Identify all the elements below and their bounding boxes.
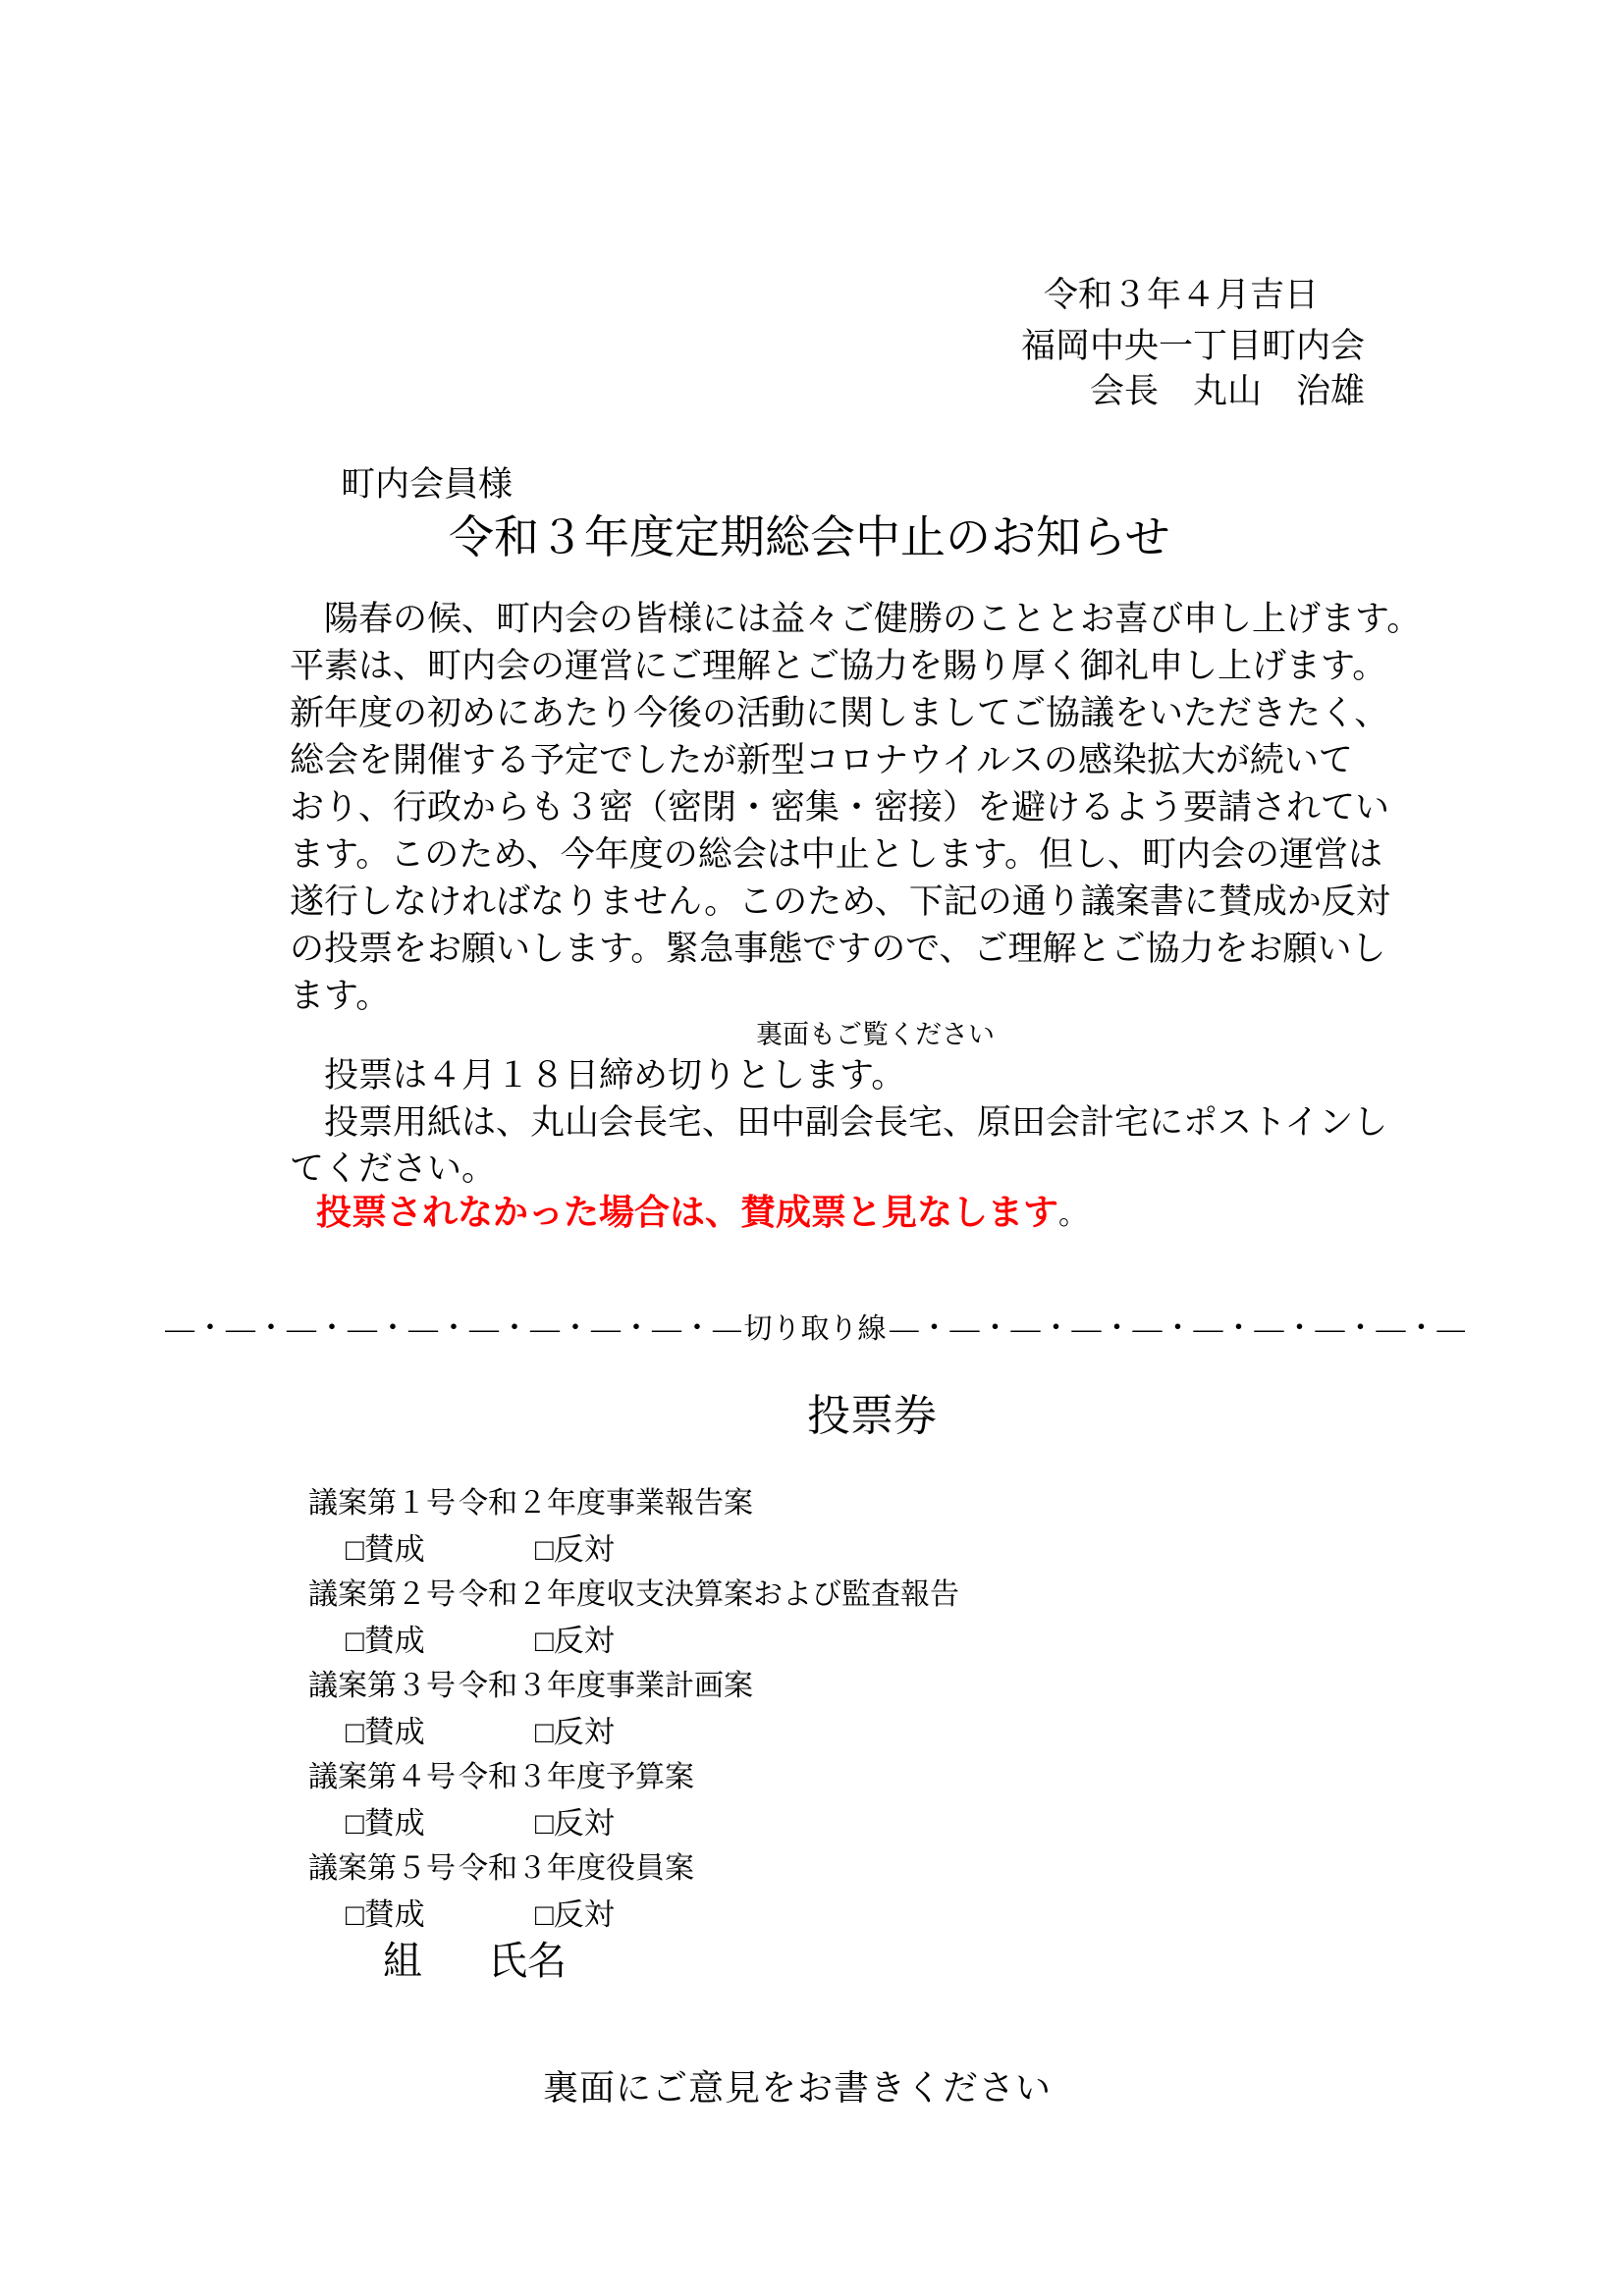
- header-date: 令和３年４月吉日: [1044, 275, 1319, 316]
- ballot-item-name: 令和３年度予算案: [459, 1760, 694, 1795]
- warning-line: 投票されなかった場合は、賛成票と見なします。: [316, 1192, 1088, 1234]
- checkbox-agree: □賛成: [346, 1714, 425, 1750]
- footer-note: 裏面にご意見をお書きください: [543, 2067, 1052, 2109]
- body-line: 新年度の初めにあたり今後の活動に関しましてご協議をいただきたく、: [290, 693, 1388, 734]
- header-chairman: 会長 丸山 治雄: [1090, 371, 1365, 412]
- ballot-item-number: 議案第３号: [308, 1669, 456, 1704]
- see-back-note: 裏面もご覧ください: [756, 1019, 995, 1050]
- checkbox-agree: □賛成: [346, 1896, 425, 1933]
- warning-period: 。: [1058, 1199, 1088, 1231]
- body-line: 陽春の候、町内会の皆様には益々ご健勝のこととお喜び申し上げます。: [290, 599, 1421, 640]
- ballot-item-number: 議案第２号: [308, 1577, 456, 1613]
- ballot-title: 投票券: [807, 1391, 937, 1443]
- ballot-item-number: 議案第４号: [308, 1760, 456, 1795]
- checkbox-agree: □賛成: [346, 1623, 425, 1659]
- cut-line-dashes-left: ―・―・―・―・―・―・―・―・―・―・―・―・―・―・―・―: [165, 1311, 741, 1347]
- body-line: 遂行しなければなりません。このため、下記の通り議案書に賛成か反対: [290, 881, 1390, 923]
- document-page: 令和３年４月吉日 福岡中央一丁目町内会 会長 丸山 治雄 町内会員様 令和３年度…: [0, 0, 1624, 2296]
- body-line: ます。: [290, 976, 390, 1017]
- cut-line-dashes-right: ―・―・―・―・―・―・―・―・―・―・―・―・―・―・―・―: [890, 1311, 1466, 1347]
- submit-instruction-line-2: てください。: [290, 1148, 496, 1190]
- body-line: 総会を開催する予定でしたが新型コロナウイルスの感染拡大が続いて: [290, 740, 1353, 781]
- ballot-item-number: 議案第１号: [308, 1486, 456, 1522]
- checkbox-oppose: □反対: [535, 1714, 615, 1750]
- ballot-item-name: 令和２年度収支決算案および監査報告: [459, 1577, 959, 1613]
- body-line: 平素は、町内会の運営にご理解とご協力を賜り厚く御礼申し上げます。: [290, 646, 1386, 687]
- checkbox-oppose: □反対: [535, 1623, 615, 1659]
- submit-instruction-line-1: 投票用紙は、丸山会長宅、田中副会長宅、原田会計宅にポストインし: [290, 1102, 1387, 1144]
- cut-line-label: 切り取り線: [741, 1312, 890, 1347]
- checkbox-agree: □賛成: [346, 1805, 425, 1842]
- group-field-label: 組: [383, 1938, 422, 1985]
- checkbox-oppose: □反対: [535, 1896, 615, 1933]
- ballot-item-name: 令和３年度事業計画案: [459, 1669, 753, 1704]
- ballot-item-number: 議案第５号: [308, 1851, 456, 1887]
- checkbox-agree: □賛成: [346, 1531, 425, 1568]
- ballot-item-name: 令和２年度事業報告案: [459, 1486, 753, 1522]
- body-line: おり、行政からも３密（密閉・密集・密接）を避けるよう要請されてい: [290, 787, 1389, 828]
- body-line: の投票をお願いします。緊急事態ですので、ご理解とご協力をお願いし: [290, 929, 1386, 970]
- warning-text: 投票されなかった場合は、賛成票と見なします: [316, 1193, 1058, 1232]
- name-field-label: 氏名: [488, 1938, 567, 1985]
- voting-deadline-line: 投票は４月１８日締め切りとします。: [290, 1055, 905, 1096]
- ballot-item-name: 令和３年度役員案: [459, 1851, 694, 1887]
- header-organization: 福岡中央一丁目町内会: [1021, 326, 1365, 367]
- checkbox-oppose: □反対: [535, 1805, 615, 1842]
- body-line: ます。このため、今年度の総会は中止とします。但し、町内会の運営は: [290, 834, 1382, 876]
- checkbox-oppose: □反対: [535, 1531, 615, 1568]
- cut-line: ―・―・―・―・―・―・―・―・―・―・―・―・―・―・―・― 切り取り線 ―・…: [165, 1309, 1465, 1349]
- addressee: 町内会員様: [341, 464, 513, 506]
- page-title: 令和３年度定期総会中止のお知らせ: [449, 510, 1170, 564]
